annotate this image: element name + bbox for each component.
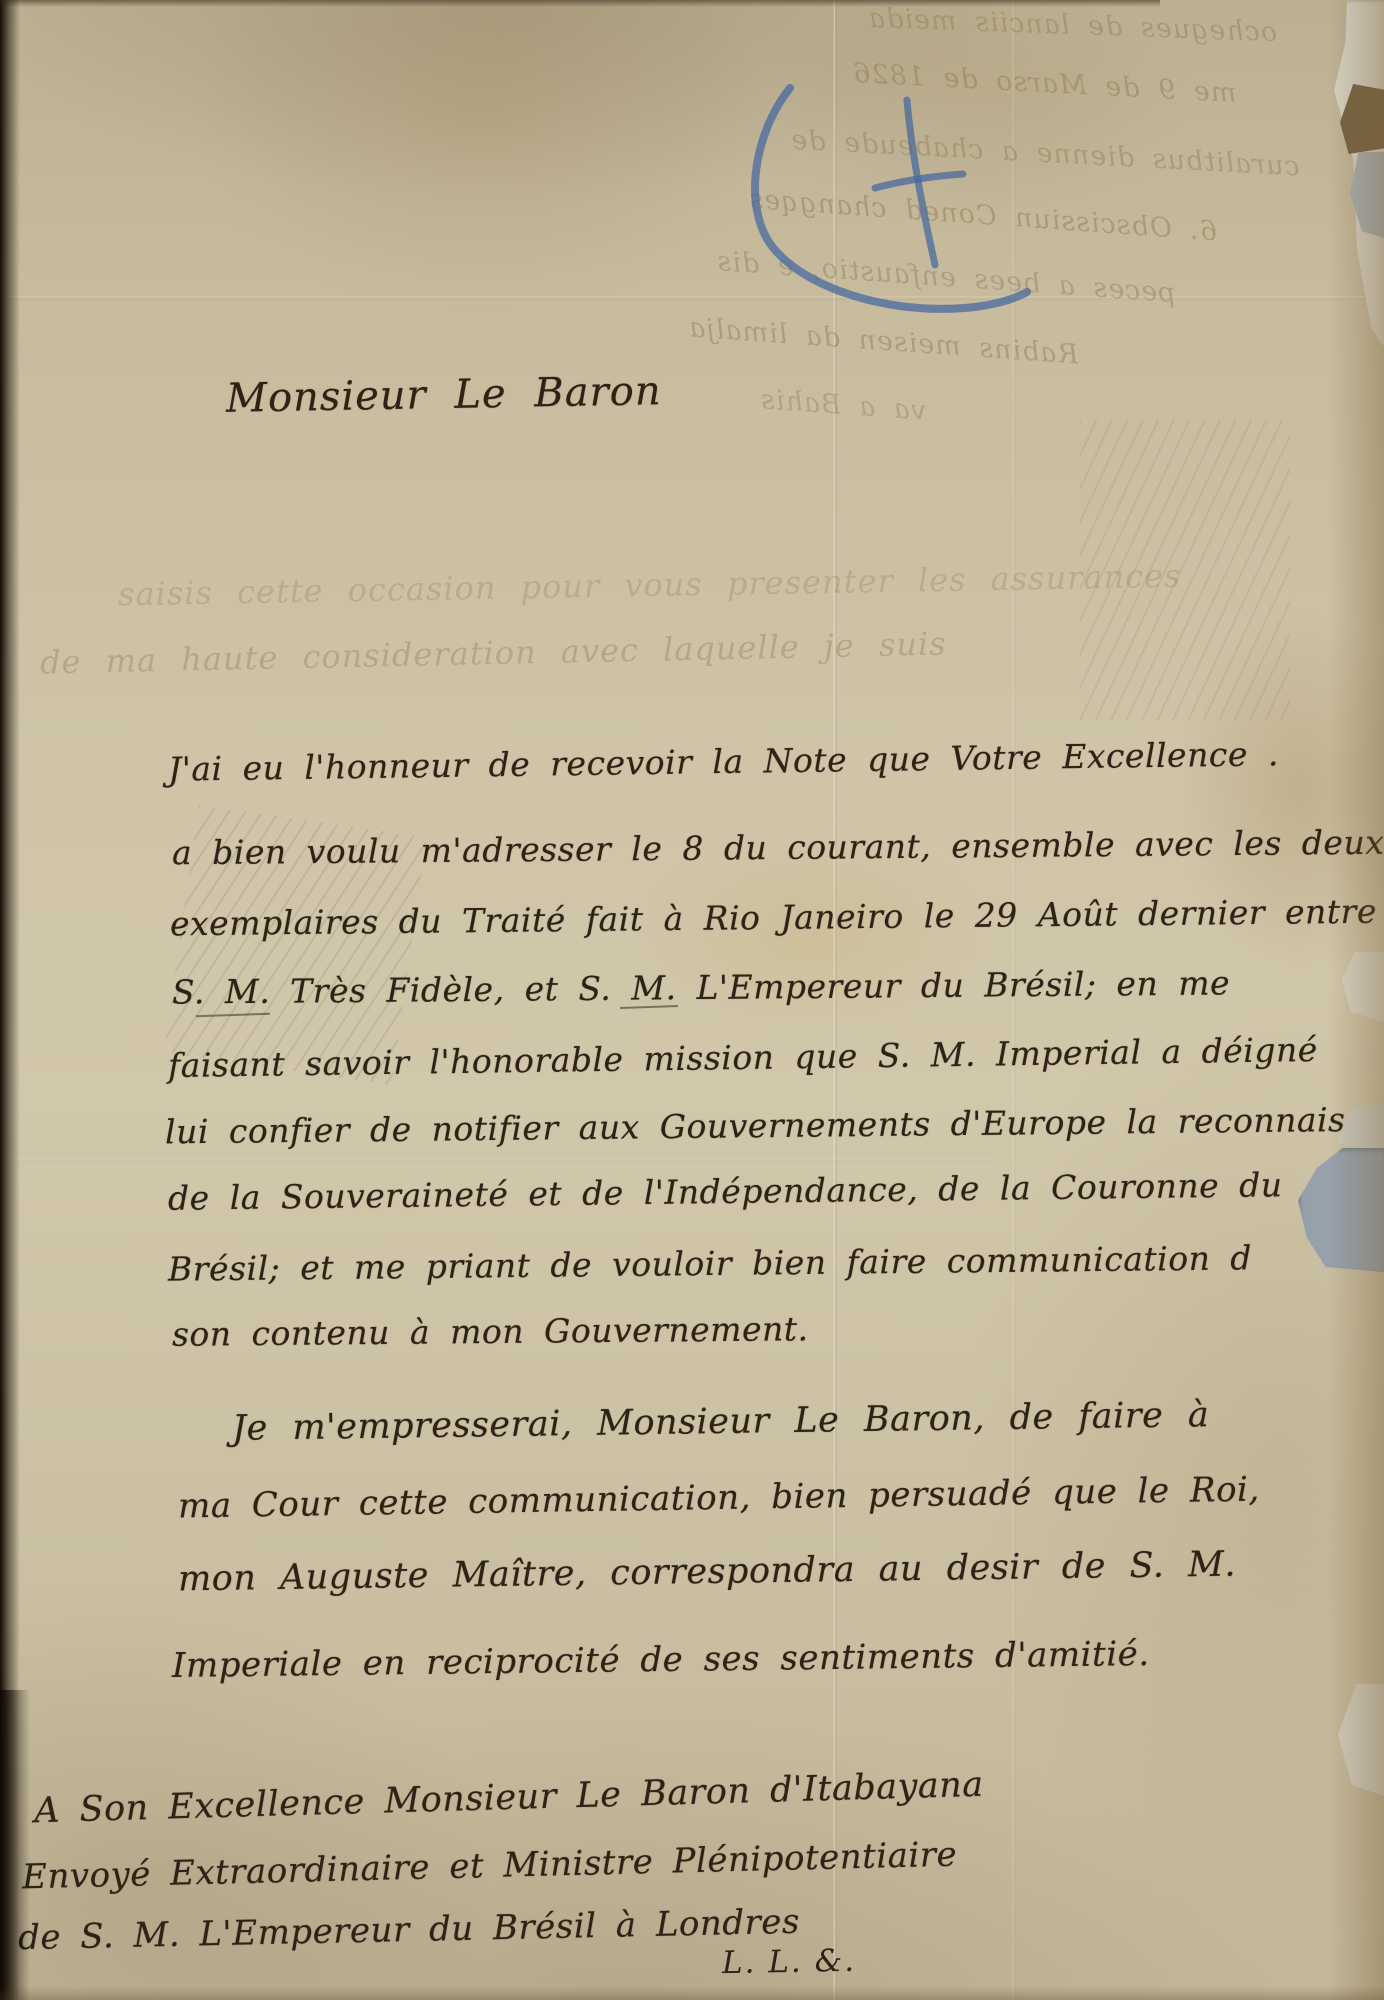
right-edge-shading (1328, 0, 1384, 2000)
binding-edge-bottom (0, 1690, 30, 2000)
blue-mark-curve (755, 88, 1027, 309)
horizontal-fold-crease (0, 296, 1384, 300)
letter-body-line: son contenu à mon Gouvernement. (172, 1309, 809, 1354)
top-edge-shadow (0, 0, 1160, 7)
document-page: ochegues de lanciis meida me 9 de Marso … (0, 0, 1384, 2000)
blue-crayon-mark (735, 70, 1035, 330)
bottom-edge-shadow (0, 1986, 1384, 2000)
salutation: Monsieur Le Baron (226, 368, 662, 422)
horizontal-fold-crease-faint (0, 1158, 996, 1162)
closing-abbreviation: L. L. &. (722, 1943, 857, 1981)
ink-smudge (1080, 420, 1290, 720)
